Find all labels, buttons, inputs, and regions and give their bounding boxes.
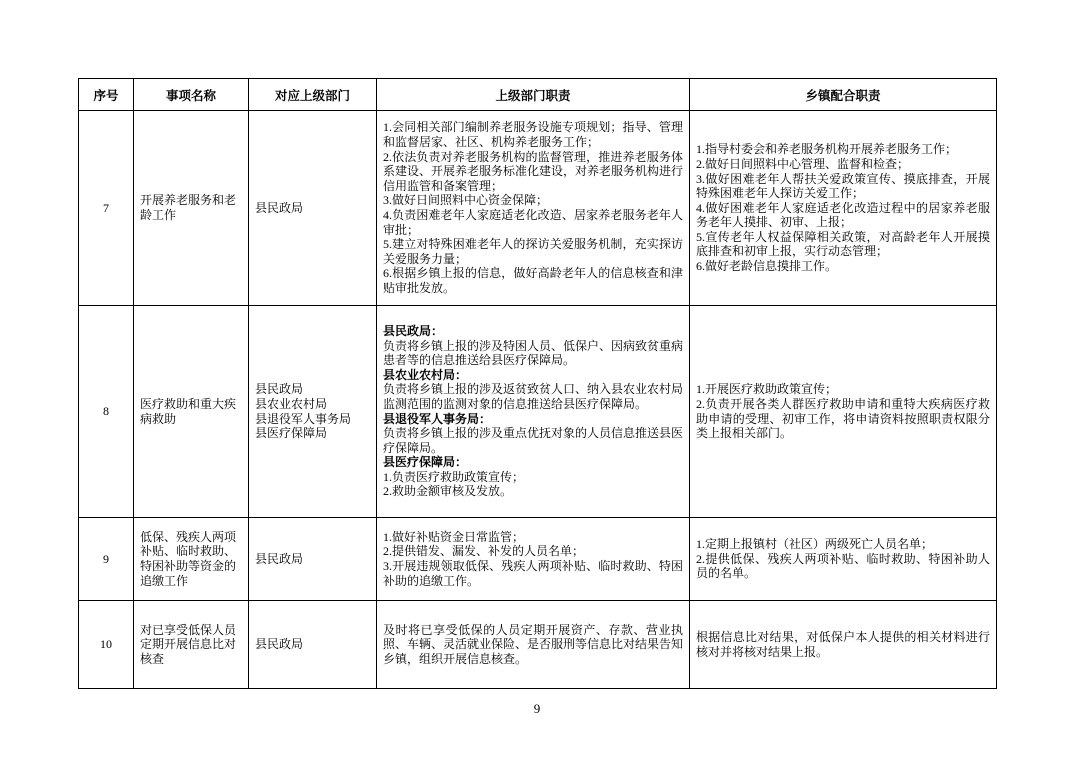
dept-line: 县医疗保障局 — [255, 426, 370, 441]
duty-line: 2.依法负责对养老服务机构的监督管理，推进养老服务体系建设、开展养老服务标准化建… — [383, 150, 683, 194]
table-header: 序号 事项名称 对应上级部门 上级部门职责 乡镇配合职责 — [79, 79, 997, 111]
cell-item-name: 开展养老服务和老龄工作 — [134, 111, 249, 306]
page-number: 9 — [0, 701, 1074, 717]
cell-superior-duties: 及时将已享受低保的人员定期开展资产、存款、营业执照、车辆、灵活就业保险、是否服刑… — [377, 601, 690, 689]
header-superior-duties: 上级部门职责 — [377, 79, 690, 111]
duty-line: 6.做好老龄信息摸排工作。 — [696, 259, 990, 274]
duty-line: 2.提供错发、漏发、补发的人员名单； — [383, 544, 683, 559]
header-row: 序号 事项名称 对应上级部门 上级部门职责 乡镇配合职责 — [79, 79, 997, 111]
cell-township-duties: 1.定期上报镇村（社区）两级死亡人员名单；2.提供低保、残疾人两项补贴、临时救助… — [690, 518, 997, 601]
duty-line: 县民政局： — [383, 324, 683, 339]
cell-dept: 县民政局县农业农村局县退役军人事务局县医疗保障局 — [249, 306, 377, 518]
duty-line: 负责将乡镇上报的涉及重点优抚对象的人员信息推送县医疗保障局。 — [383, 426, 683, 455]
cell-superior-duties: 县民政局：负责将乡镇上报的涉及特困人员、低保户、因病致贫重病患者等的信息推送给县… — [377, 306, 690, 518]
cell-seq: 7 — [79, 111, 134, 306]
table-row: 8医疗救助和重大疾病救助县民政局县农业农村局县退役军人事务局县医疗保障局县民政局… — [79, 306, 997, 518]
document-page: 序号 事项名称 对应上级部门 上级部门职责 乡镇配合职责 7开展养老服务和老龄工… — [0, 0, 1074, 757]
cell-township-duties: 1.指导村委会和养老服务机构开展养老服务工作；2.做好日间照料中心管理、监督和检… — [690, 111, 997, 306]
dept-line: 县退役军人事务局 — [255, 412, 370, 427]
dept-line: 县民政局 — [255, 637, 370, 652]
duty-line: 负责将乡镇上报的涉及特困人员、低保户、因病致贫重病患者等的信息推送给县医疗保障局… — [383, 339, 683, 368]
cell-dept: 县民政局 — [249, 601, 377, 689]
cell-seq: 9 — [79, 518, 134, 601]
duty-line: 3.开展违规领取低保、残疾人两项补贴、临时救助、特困补助的追缴工作。 — [383, 559, 683, 588]
duty-line: 2.救助金额审核及发放。 — [383, 484, 683, 499]
duty-line: 2.做好日间照料中心管理、监督和检查； — [696, 157, 990, 172]
cell-seq: 8 — [79, 306, 134, 518]
cell-item-name: 低保、残疾人两项补贴、临时救助、特困补助等资金的追缴工作 — [134, 518, 249, 601]
duty-line: 5.建立对特殊困难老年人的探访关爱服务机制，充实探访关爱服务力量； — [383, 237, 683, 266]
cell-township-duties: 根据信息比对结果，对低保户本人提供的相关材料进行核对并将核对结果上报。 — [690, 601, 997, 689]
duty-line: 3.做好日间照料中心资金保障； — [383, 193, 683, 208]
duty-line: 2.提供低保、残疾人两项补贴、临时救助、特困补助人员的名单。 — [696, 552, 990, 581]
table-row: 9低保、残疾人两项补贴、临时救助、特困补助等资金的追缴工作县民政局1.做好补贴资… — [79, 518, 997, 601]
cell-dept: 县民政局 — [249, 518, 377, 601]
header-township-duties: 乡镇配合职责 — [690, 79, 997, 111]
dept-line: 县民政局 — [255, 201, 370, 216]
duty-line: 1.定期上报镇村（社区）两级死亡人员名单； — [696, 537, 990, 552]
duty-line: 5.宣传老年人权益保障相关政策，对高龄老年人开展摸底排查和初审上报，实行动态管理… — [696, 230, 990, 259]
duty-line: 4.负责困难老年人家庭适老化改造、居家养老服务老年人审批； — [383, 208, 683, 237]
duty-line: 3.做好困难老年人帮扶关爱政策宣传、摸底排查，开展特殊困难老年人探访关爱工作； — [696, 172, 990, 201]
dept-line: 县民政局 — [255, 552, 370, 567]
duty-line: 县农业农村局： — [383, 368, 683, 383]
header-dept: 对应上级部门 — [249, 79, 377, 111]
cell-township-duties: 1.开展医疗救助政策宣传；2.负责开展各类人群医疗救助申请和重特大疾病医疗救助申… — [690, 306, 997, 518]
table-body: 7开展养老服务和老龄工作县民政局1.会同相关部门编制养老服务设施专项规划；指导、… — [79, 111, 997, 689]
cell-item-name: 医疗救助和重大疾病救助 — [134, 306, 249, 518]
duty-line: 4.做好困难老年人家庭适老化改造过程中的居家养老服务老年人摸排、初审、上报； — [696, 201, 990, 230]
duty-line: 根据信息比对结果，对低保户本人提供的相关材料进行核对并将核对结果上报。 — [696, 630, 990, 659]
duty-line: 1.指导村委会和养老服务机构开展养老服务工作； — [696, 142, 990, 157]
duty-line: 1.会同相关部门编制养老服务设施专项规划；指导、管理和监督居家、社区、机构养老服… — [383, 120, 683, 149]
duty-line: 2.负责开展各类人群医疗救助申请和重特大疾病医疗救助申请的受理、初审工作，将申请… — [696, 397, 990, 441]
header-item-name: 事项名称 — [134, 79, 249, 111]
dept-line: 县民政局 — [255, 382, 370, 397]
duty-line: 1.开展医疗救助政策宣传； — [696, 382, 990, 397]
cell-dept: 县民政局 — [249, 111, 377, 306]
duty-line: 县退役军人事务局： — [383, 412, 683, 427]
cell-seq: 10 — [79, 601, 134, 689]
duty-line: 及时将已享受低保的人员定期开展资产、存款、营业执照、车辆、灵活就业保险、是否服刑… — [383, 623, 683, 667]
duty-line: 1.负责医疗救助政策宣传； — [383, 470, 683, 485]
responsibility-table: 序号 事项名称 对应上级部门 上级部门职责 乡镇配合职责 7开展养老服务和老龄工… — [78, 78, 997, 689]
duty-line: 负责将乡镇上报的涉及返贫致贫人口、纳入县农业农村局监测范围的监测对象的信息推送给… — [383, 382, 683, 411]
duty-line: 6.根据乡镇上报的信息，做好高龄老年人的信息核查和津贴审批发放。 — [383, 266, 683, 295]
duty-line: 1.做好补贴资金日常监管； — [383, 530, 683, 545]
dept-line: 县农业农村局 — [255, 397, 370, 412]
duty-line: 县医疗保障局： — [383, 455, 683, 470]
cell-superior-duties: 1.会同相关部门编制养老服务设施专项规划；指导、管理和监督居家、社区、机构养老服… — [377, 111, 690, 306]
cell-item-name: 对已享受低保人员定期开展信息比对核查 — [134, 601, 249, 689]
table-row: 7开展养老服务和老龄工作县民政局1.会同相关部门编制养老服务设施专项规划；指导、… — [79, 111, 997, 306]
header-seq: 序号 — [79, 79, 134, 111]
cell-superior-duties: 1.做好补贴资金日常监管；2.提供错发、漏发、补发的人员名单；3.开展违规领取低… — [377, 518, 690, 601]
table-row: 10对已享受低保人员定期开展信息比对核查县民政局及时将已享受低保的人员定期开展资… — [79, 601, 997, 689]
